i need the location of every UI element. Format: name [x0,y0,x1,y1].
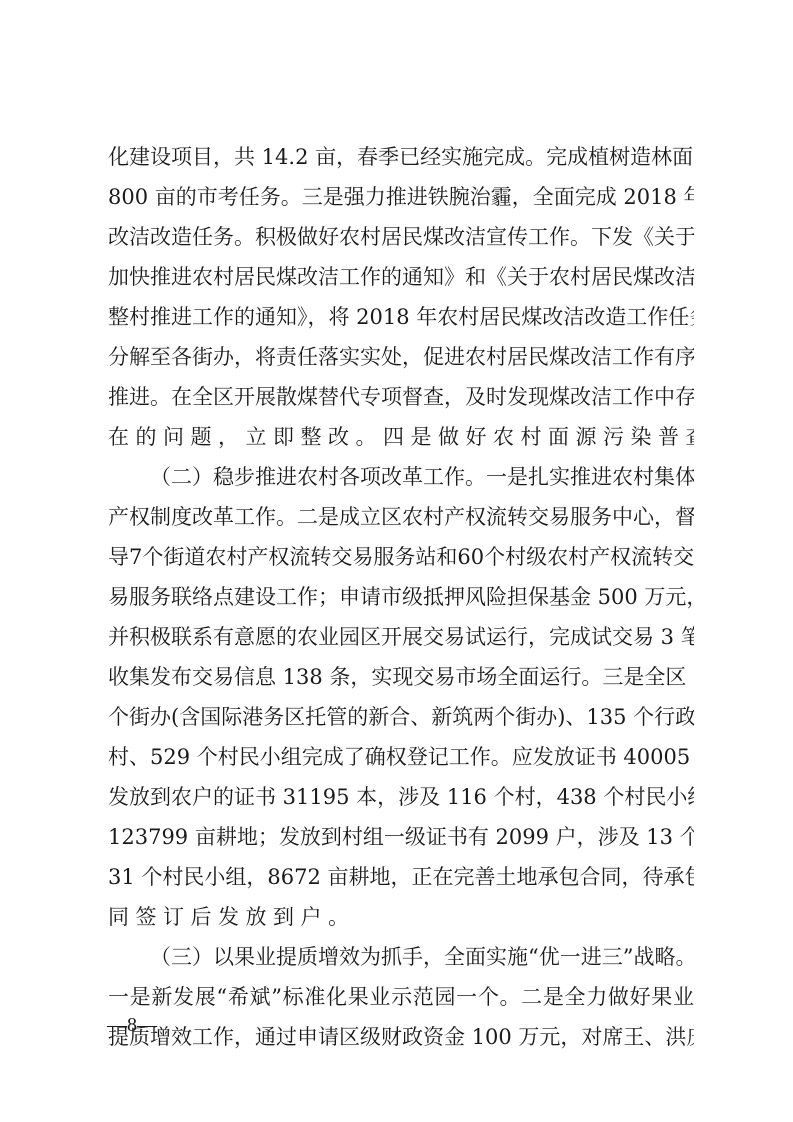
text-line: 产权制度改革工作。二是成立区农村产权流转交易服务中心，督 [108,497,694,537]
text-line: 导7个街道农村产权流转交易服务站和60个村级农村产权流转交 [108,537,694,577]
text-line: 发放到农户的证书 31195 本，涉及 116 个村，438 个村民小组， [108,777,694,817]
text-line: 并积极联系有意愿的农业园区开展交易试运行，完成试交易 3 笔， [108,617,694,657]
text-line: 化建设项目，共 14.2 亩，春季已经实施完成。完成植树造林面积 [108,137,694,177]
text-line: 31 个村民小组，8672 亩耕地，正在完善土地承包合同，待承包合 [108,857,694,897]
body-text: 化建设项目，共 14.2 亩，春季已经实施完成。完成植树造林面积800 亩的市考… [108,137,694,1057]
text-line: 推进。在全区开展散煤替代专项督查，及时发现煤改洁工作中存 [108,377,694,417]
text-line: 个街办(含国际港务区托管的新合、新筑两个街办)、135 个行政 [108,697,694,737]
text-line: 提质增效工作，通过申请区级财政资金 100 万元，对席王、洪庆 [108,1017,694,1057]
text-line: 123799 亩耕地；发放到村组一级证书有 2099 户，涉及 13 个村， [108,817,694,857]
page-number: —8— [107,1012,157,1038]
text-line: 整村推进工作的通知》，将 2018 年农村居民煤改洁改造工作任务 [108,297,694,337]
text-line: 一是新发展“希斌”标准化果业示范园一个。二是全力做好果业 [108,977,694,1017]
text-line: 800 亩的市考任务。三是强力推进铁腕治霾，全面完成 2018 年煤 [108,177,694,217]
text-line: 村、529 个村民小组完成了确权登记工作。应发放证书 40005 户， [108,737,694,777]
text-line: 加快推进农村居民煤改洁工作的通知》和《关于农村居民煤改洁 [108,257,694,297]
paragraph-first-line: （二）稳步推进农村各项改革工作。一是扎实推进农村集体 [108,457,694,497]
text-line: 改洁改造任务。积极做好农村居民煤改洁宣传工作。下发《关于 [108,217,694,257]
text-line: 在的问题，立即整改。四是做好农村面源污染普查工作。 [108,417,694,457]
document-page: 化建设项目，共 14.2 亩，春季已经实施完成。完成植树造林面积800 亩的市考… [0,0,793,1122]
paragraph-first-line: （三）以果业提质增效为抓手，全面实施“优一进三”战略。 [108,937,694,977]
text-line: 分解至各街办，将责任落实实处，促进农村居民煤改洁工作有序 [108,337,694,377]
text-line: 易服务联络点建设工作；申请市级抵押风险担保基金 500 万元， [108,577,694,617]
text-line: 收集发布交易信息 138 条，实现交易市场全面运行。三是全区 7 [108,657,694,697]
text-line: 同签订后发放到户。 [108,897,694,937]
